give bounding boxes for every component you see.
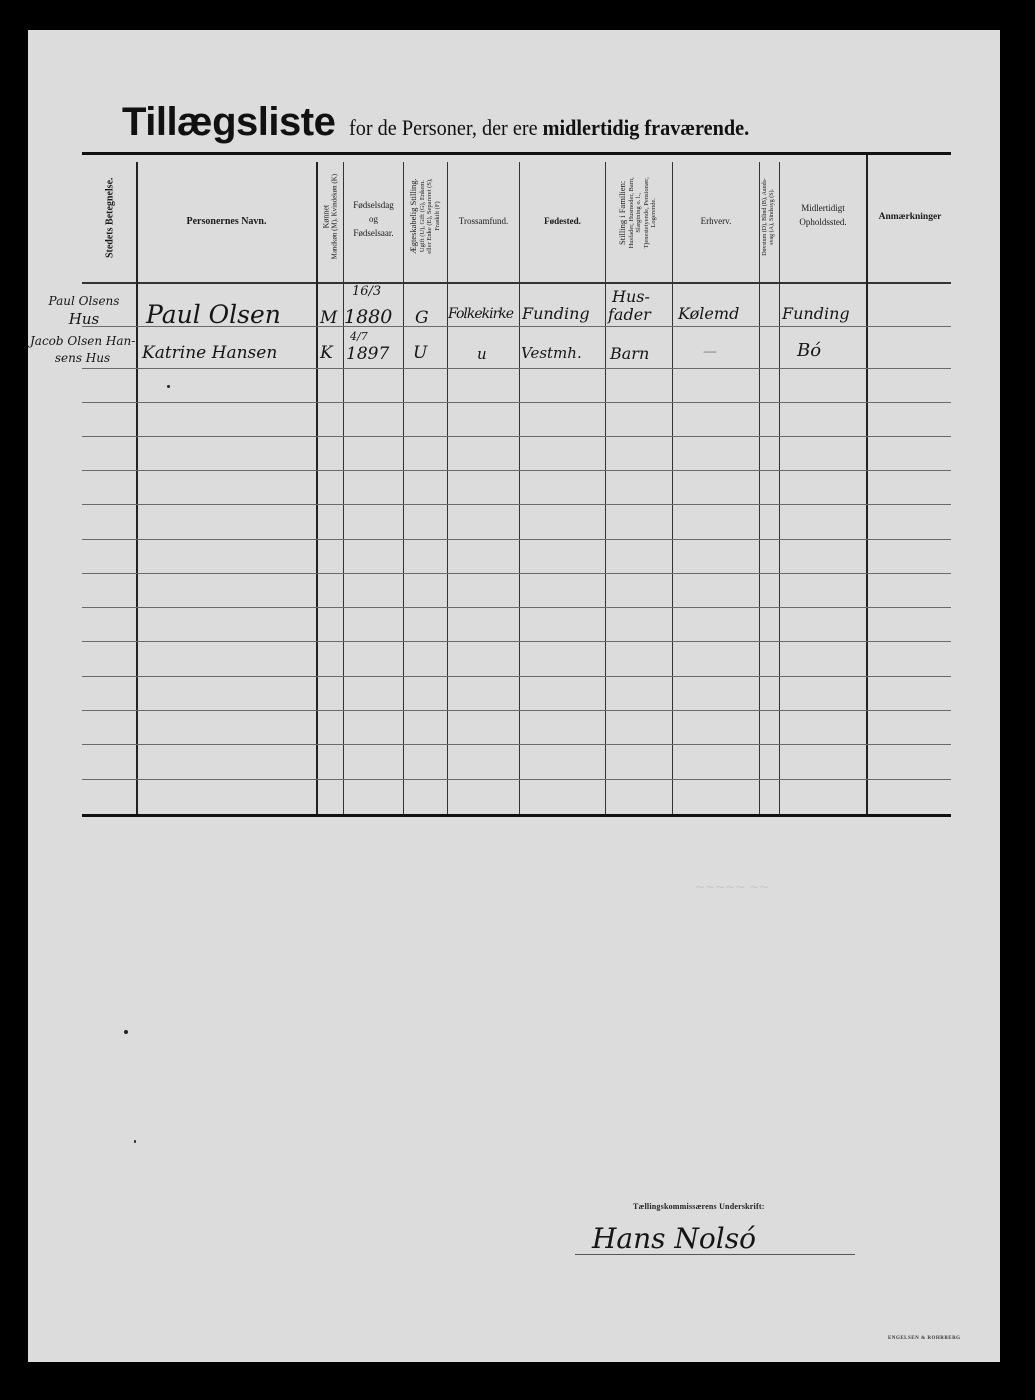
- row1-trossamfund: Folkekirke: [448, 306, 513, 322]
- header-trossamfund: Trossamfund.: [448, 216, 519, 227]
- row-line: [82, 779, 951, 780]
- header-aegteskabelig-stilling: Ægteskabelig Stilling. Ugift (U), Gift (…: [409, 156, 441, 276]
- row2-aegteskab: U: [413, 343, 427, 363]
- census-form-page: [28, 30, 1000, 1362]
- row-line: [82, 744, 951, 745]
- row2-kjon: K: [320, 343, 333, 363]
- header-dovstum: Døvstum (D), Blind (B), Aands- svag (A),…: [762, 157, 776, 277]
- row2-fodested: Vestmh.: [521, 344, 582, 362]
- row-line: [82, 470, 951, 471]
- col-divider: [605, 162, 606, 814]
- row-line: [82, 607, 951, 608]
- row-line: [82, 676, 951, 677]
- col-divider: [759, 162, 760, 814]
- header-stedets-betegnelse: Stedets Betegnelse.: [104, 158, 116, 278]
- row1-aegteskab: G: [415, 308, 429, 328]
- header-bottom-rule: [82, 282, 951, 284]
- row1-stilling: Hus- fader: [608, 288, 651, 324]
- col-divider: [447, 162, 448, 814]
- col-divider: [779, 162, 780, 814]
- row-line: [82, 368, 951, 369]
- header-fodselsdag: Fødselsdag og Fødselsaar.: [344, 200, 403, 238]
- row2-fodselsaar: 1897: [346, 344, 389, 364]
- row-line: [82, 436, 951, 437]
- row2-stilling: Barn: [610, 344, 649, 363]
- col-divider: [136, 162, 138, 814]
- header-erhverv: Erhverv.: [673, 216, 759, 227]
- col-divider: [672, 162, 673, 814]
- ink-speck: [134, 1140, 136, 1143]
- header-midlertidigt-opholdssted: Midlertidigt Opholdssted.: [780, 203, 866, 228]
- table-top-rule: [82, 152, 951, 155]
- row-line: [82, 641, 951, 642]
- col-divider: [519, 162, 520, 814]
- bleed-through-mark: ~~~~~ ~~: [695, 880, 769, 894]
- ink-speck: [167, 385, 170, 388]
- form-title: Tillægsliste for de Personer, der ere mi…: [122, 100, 784, 145]
- row1-kjon: M: [320, 308, 337, 328]
- row2-sted: Jacob Olsen Han- sens Hus: [30, 333, 135, 367]
- row2-erhverv: —: [703, 344, 717, 360]
- col-divider: [866, 155, 868, 814]
- ink-speck: [124, 1030, 128, 1034]
- col-divider: [316, 162, 318, 814]
- row2-fodselsdag: 4/7: [350, 330, 368, 343]
- row1-fodested: Funding: [522, 304, 590, 323]
- row1-opholdssted: Funding: [782, 304, 850, 323]
- row2-trossamfund: u: [477, 345, 487, 363]
- signature-name: Hans Nolsó: [592, 1222, 756, 1255]
- col-divider: [403, 162, 404, 814]
- table-bottom-rule: [82, 814, 951, 817]
- row-line: [82, 539, 951, 540]
- row1-fodselsaar: 1880: [344, 306, 392, 328]
- row-line: [82, 402, 951, 403]
- header-fodested: Fødested.: [520, 216, 605, 227]
- row-line: [82, 710, 951, 711]
- row-line: [82, 573, 951, 574]
- printer-mark: ENGELSEN & ROHRBERG: [888, 1336, 961, 1341]
- row1-fodselsdag: 16/3: [352, 284, 381, 299]
- row1-erhverv: Kølemd: [678, 304, 739, 323]
- title-main: Tillægsliste: [122, 100, 335, 144]
- row1-sted: Paul Olsens Hus: [34, 292, 134, 328]
- header-kjon: Kønnet Mandkøn (M), Kvindekøn (K): [321, 157, 338, 277]
- header-anmaerkninger: Anmærkninger: [867, 212, 953, 223]
- col-divider: [343, 162, 344, 814]
- signature-line: [575, 1254, 855, 1255]
- row-line: [82, 504, 951, 505]
- title-subtitle: for de Personer, der ere midlertidig fra…: [349, 115, 749, 141]
- header-personernes-navn: Personernes Navn.: [137, 216, 316, 228]
- row1-navn: Paul Olsen: [146, 300, 281, 329]
- row2-opholdssted: Bó: [797, 340, 821, 361]
- signature-label: Tællingskommissærens Underskrift:: [633, 1202, 765, 1211]
- header-stilling-i-familien: Stilling i Familien: Husfader, Husmoder,…: [618, 153, 658, 273]
- row2-navn: Katrine Hansen: [142, 343, 277, 363]
